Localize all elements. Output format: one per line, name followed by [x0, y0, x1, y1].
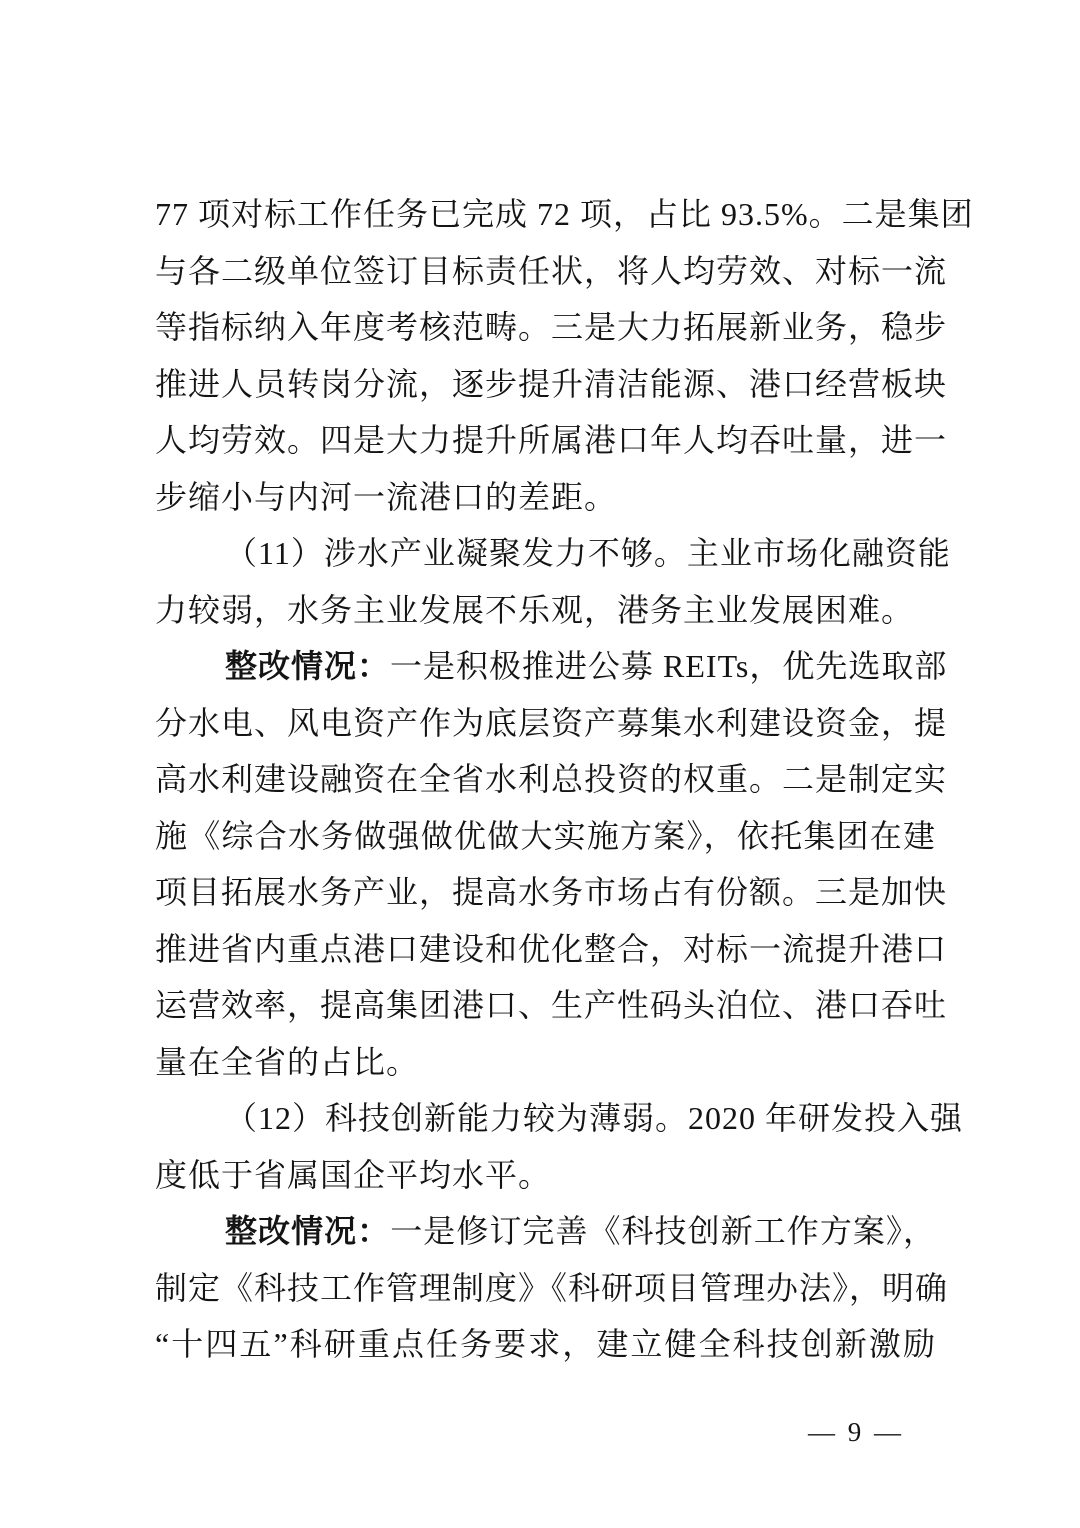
- paragraph-line: 等指标纳入年度考核范畴。三是大力拓展新业务，稳步: [155, 299, 936, 356]
- paragraph-line: 制定《科技工作管理制度》《科研项目管理办法》，明确: [155, 1260, 936, 1317]
- paragraph-line: 步缩小与内河一流港口的差距。: [155, 469, 936, 526]
- paragraph-line-rectification: 整改情况：一是积极推进公募 REITs，优先选取部: [155, 638, 936, 695]
- paragraph-line: 高水利建设融资在全省水利总投资的权重。二是制定实: [155, 751, 936, 808]
- paragraph-line: 与各二级单位签订目标责任状，将人均劳效、对标一流: [155, 243, 936, 300]
- paragraph-line: 运营效率，提高集团港口、生产性码头泊位、港口吞吐: [155, 977, 936, 1034]
- paragraph-line: 力较弱，水务主业发展不乐观，港务主业发展困难。: [155, 582, 936, 639]
- paragraph-line: “十四五”科研重点任务要求，建立健全科技创新激励: [155, 1316, 936, 1373]
- paragraph-line: 77 项对标工作任务已完成 72 项，占比 93.5%。二是集团: [155, 186, 936, 243]
- rectification-label: 整改情况：: [225, 1213, 390, 1249]
- paragraph-line-text: 一是积极推进公募 REITs，优先选取部: [390, 648, 947, 684]
- paragraph-line-item-12: （12）科技创新能力较为薄弱。2020 年研发投入强: [155, 1090, 936, 1147]
- paragraph-line: 推进人员转岗分流，逐步提升清洁能源、港口经营板块: [155, 356, 936, 413]
- document-text-block: 77 项对标工作任务已完成 72 项，占比 93.5%。二是集团 与各二级单位签…: [155, 186, 936, 1373]
- paragraph-line: 分水电、风电资产作为底层资产募集水利建设资金，提: [155, 695, 936, 752]
- paragraph-line: 度低于省属国企平均水平。: [155, 1147, 936, 1204]
- paragraph-line: 施《综合水务做强做优做大实施方案》，依托集团在建: [155, 808, 936, 865]
- page-number: — 9 —: [808, 1417, 904, 1448]
- paragraph-line-rectification: 整改情况：一是修订完善《科技创新工作方案》，: [155, 1203, 936, 1260]
- paragraph-line: 项目拓展水务产业，提高水务市场占有份额。三是加快: [155, 864, 936, 921]
- paragraph-line: 人均劳效。四是大力提升所属港口年人均吞吐量，进一: [155, 412, 936, 469]
- document-page: 77 项对标工作任务已完成 72 项，占比 93.5%。二是集团 与各二级单位签…: [0, 0, 1080, 1528]
- paragraph-line-item-11: （11）涉水产业凝聚发力不够。主业市场化融资能: [155, 525, 936, 582]
- paragraph-line: 量在全省的占比。: [155, 1034, 936, 1091]
- paragraph-line: 推进省内重点港口建设和优化整合，对标一流提升港口: [155, 921, 936, 978]
- rectification-label: 整改情况：: [225, 648, 390, 684]
- paragraph-line-text: 一是修订完善《科技创新工作方案》，: [390, 1213, 936, 1249]
